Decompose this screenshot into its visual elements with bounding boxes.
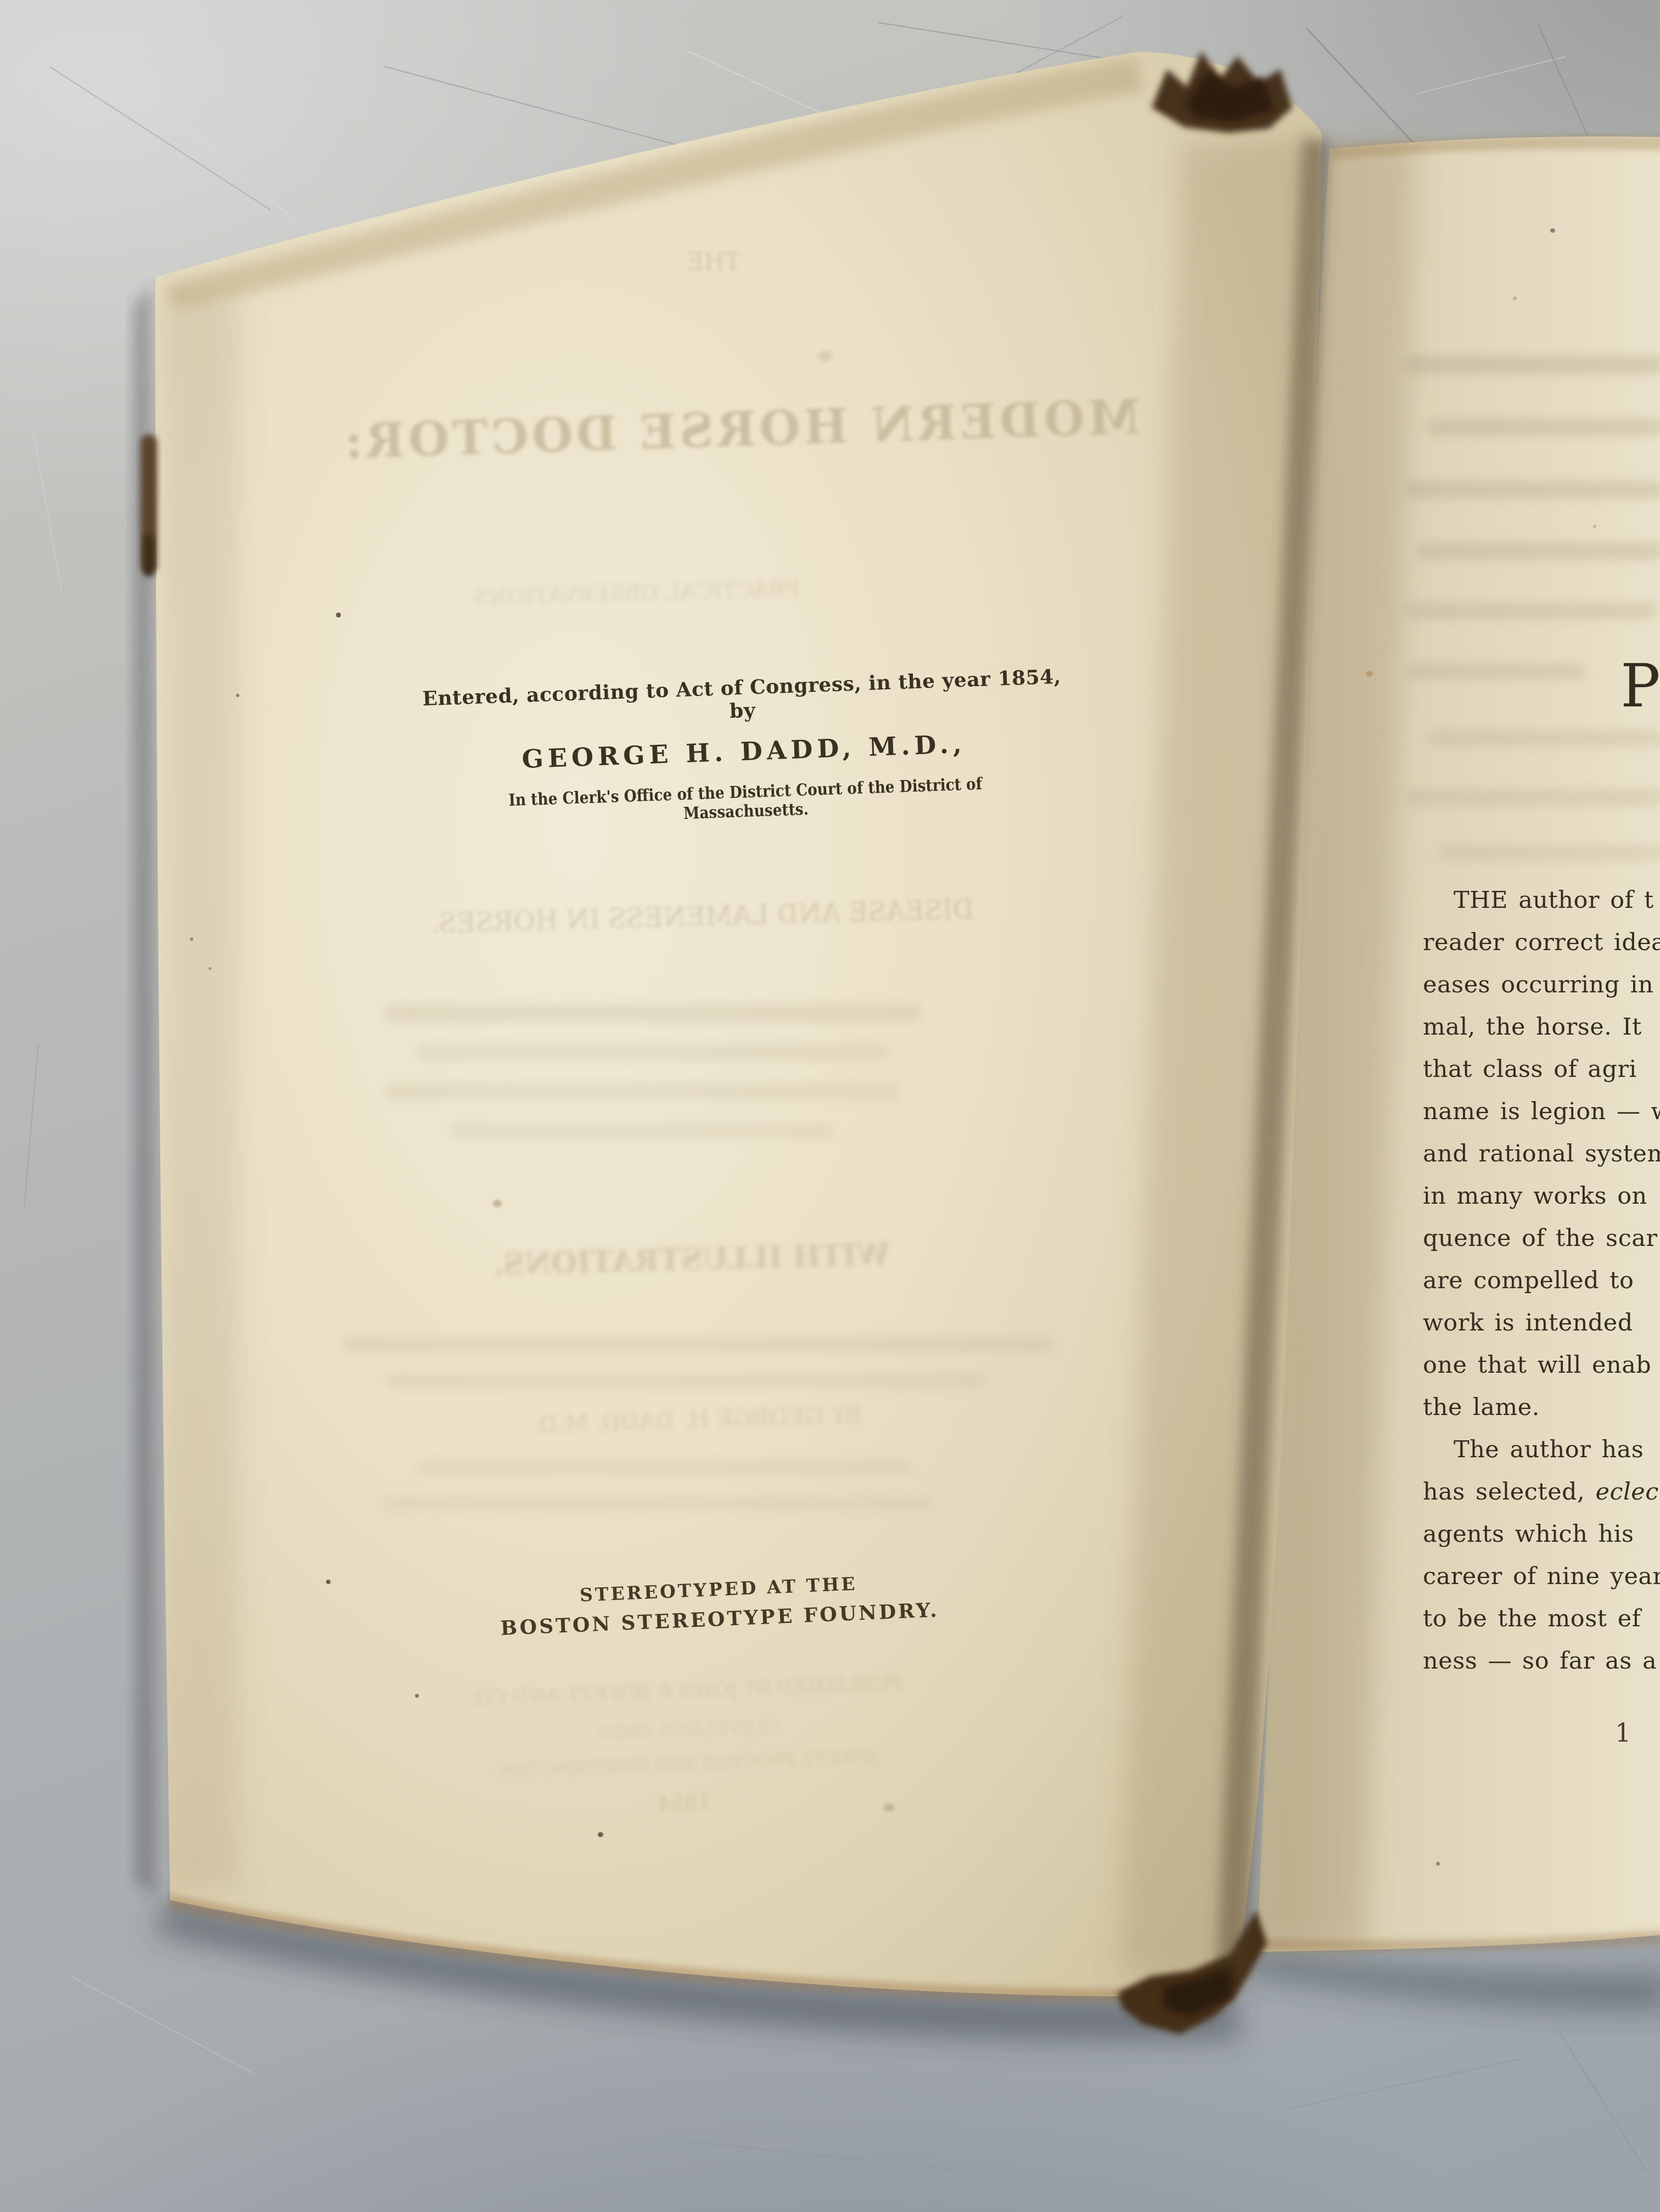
preface-line: The author has bbox=[1423, 1429, 1660, 1471]
preface-heading-partial: P bbox=[1620, 652, 1660, 721]
preface-line: the lame. bbox=[1423, 1386, 1660, 1429]
page-number-partial: 1 bbox=[1615, 1718, 1631, 1748]
preface-line: reader correct idea bbox=[1423, 922, 1660, 964]
preface-line: one that will enab bbox=[1423, 1344, 1660, 1386]
cover-edge-left-sliver-dark bbox=[144, 535, 154, 576]
preface-line: are compelled to bbox=[1423, 1260, 1660, 1302]
preface-line: has selected, eclecti bbox=[1423, 1471, 1660, 1513]
right-page-shadow bbox=[1244, 1949, 1660, 2011]
preface-line: name is legion — w bbox=[1423, 1091, 1660, 1133]
preface-line: quence of the scar bbox=[1423, 1217, 1660, 1260]
preface-line: career of nine year bbox=[1423, 1556, 1660, 1598]
preface-text: THE author of t reader correct idea ease… bbox=[1423, 879, 1660, 1682]
preface-line: and rational system bbox=[1423, 1133, 1660, 1175]
preface-line-italic-word: eclecti bbox=[1595, 1478, 1660, 1506]
preface-line: work is intended bbox=[1423, 1302, 1660, 1344]
preface-line: in many works on bbox=[1423, 1175, 1660, 1217]
preface-line: ness — so far as a bbox=[1423, 1640, 1660, 1682]
preface-line: eases occurring in bbox=[1423, 964, 1660, 1006]
preface-line: to be the most ef bbox=[1423, 1598, 1660, 1640]
preface-line: that class of agri bbox=[1423, 1048, 1660, 1091]
left-page-left-shading bbox=[162, 296, 239, 1888]
copyright-notice: Entered, according to Act of Congress, i… bbox=[412, 665, 1075, 833]
preface-line: mal, the horse. It bbox=[1423, 1006, 1660, 1048]
book-photograph: { "left_page": { "copyright_notice": { "… bbox=[0, 0, 1660, 2212]
preface-line-prefix: has selected, bbox=[1423, 1478, 1595, 1506]
preface-line: agents which his bbox=[1423, 1513, 1660, 1556]
copyright-line-2-author: GEORGE H. DADD, M.D., bbox=[414, 725, 1074, 778]
table-surface: THE MODERN HORSE DOCTOR: PRACTICAL OBSER… bbox=[0, 0, 1660, 2212]
open-book-illustration bbox=[0, 0, 1660, 2212]
preface-line: THE author of t bbox=[1423, 879, 1660, 922]
